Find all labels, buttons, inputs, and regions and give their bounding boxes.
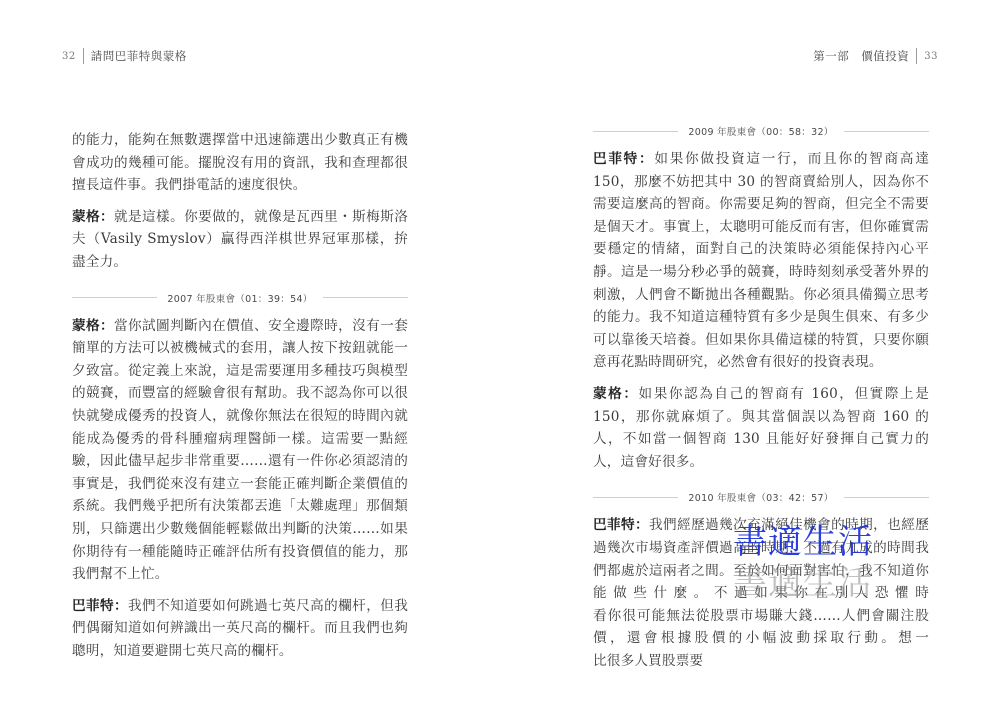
speaker-name: 蒙格： — [593, 386, 639, 402]
rule-line — [844, 497, 929, 498]
rule-line — [593, 131, 678, 132]
speaker-name: 蒙格： — [72, 318, 114, 334]
paragraph-text: 我們經歷過幾次充滿絕佳機會的時期，也經歷過幾次市場資產評價過高的時期，不過有九成… — [593, 517, 1000, 669]
left-page: 32 請問巴菲特與蒙格 的能力，能夠在無數選擇當中迅速篩選出少數真正有機會成功的… — [0, 0, 500, 701]
paragraph-text: 當你試圖判斷內在價值、安全邊際時，沒有一套簡單的方法可以被機械式的套用，讓人按下… — [72, 318, 408, 583]
paragraph: 蒙格：如果你認為自己的智商有 160，但實際上是 150，那你就麻煩了。與其當個… — [593, 383, 929, 473]
paragraph-text: 的能力，能夠在無數選擇當中迅速篩選出少數真正有機會成功的幾種可能。擺脫沒有用的資… — [72, 132, 408, 193]
running-head-right: 第一部 價值投資 33 — [813, 47, 938, 65]
part-title: 價值投資 — [861, 48, 909, 64]
speaker-name: 巴菲特： — [72, 598, 128, 614]
paragraph: 巴菲特：我們經歷過幾次充滿絕佳機會的時期，也經歷過幾次市場資產評價過高的時期，不… — [593, 514, 929, 672]
page-number: 33 — [924, 51, 938, 62]
running-head-left: 32 請問巴菲特與蒙格 — [62, 47, 187, 65]
section-divider: 2009 年股東會（00：58：32） — [593, 124, 929, 138]
paragraph: 蒙格：當你試圖判斷內在價值、安全邊際時，沒有一套簡單的方法可以被機械式的套用，讓… — [72, 315, 408, 586]
book-title: 請問巴菲特與蒙格 — [91, 48, 187, 64]
section-divider: 2010 年股東會（03：42：57） — [593, 490, 929, 504]
rule-line — [844, 131, 929, 132]
speaker-name: 巴菲特： — [593, 517, 649, 533]
paragraph: 巴菲特：如果你做投資這一行，而且你的智商高達 150，那麼不妨把其中 30 的智… — [593, 148, 929, 374]
text-column: 的能力，能夠在無數選擇當中迅速篩選出少數真正有機會成功的幾種可能。擺脫沒有用的資… — [72, 129, 408, 671]
header-divider — [83, 48, 84, 64]
paragraph-text: 如果你做投資這一行，而且你的智商高達 150，那麼不妨把其中 30 的智商賣給別… — [593, 151, 929, 370]
paragraph: 蒙格：就是這樣。你要做的，就像是瓦西里・斯梅斯洛夫（Vasily Smyslov… — [72, 206, 408, 274]
speaker-name: 蒙格： — [72, 209, 114, 225]
rule-line — [72, 297, 157, 298]
text-column: 2009 年股東會（00：58：32）巴菲特：如果你做投資這一行，而且你的智商高… — [593, 124, 929, 681]
rule-line — [323, 297, 408, 298]
paragraph: 的能力，能夠在無數選擇當中迅速篩選出少數真正有機會成功的幾種可能。擺脫沒有用的資… — [72, 129, 408, 197]
section-divider: 2007 年股東會（01：39：54） — [72, 291, 408, 305]
paragraph-text: 如果你認為自己的智商有 160，但實際上是 150，那你就麻煩了。與其當個誤以為… — [593, 386, 929, 470]
rule-line — [593, 497, 678, 498]
paragraph-text: 就是這樣。你要做的，就像是瓦西里・斯梅斯洛夫（Vasily Smyslov）贏得… — [72, 209, 408, 270]
section-timestamp: 2007 年股東會（01：39：54） — [157, 291, 322, 305]
page-number: 32 — [62, 51, 76, 62]
section-timestamp: 2010 年股東會（03：42：57） — [678, 490, 843, 504]
paragraph: 巴菲特：我們不知道要如何跳過七英尺高的欄杆，但我們偶爾知道如何辨識出一英尺高的欄… — [72, 595, 408, 663]
right-page: 第一部 價值投資 33 2009 年股東會（00：58：32）巴菲特：如果你做投… — [500, 0, 1000, 701]
part-label: 第一部 — [813, 48, 849, 64]
speaker-name: 巴菲特： — [593, 151, 654, 167]
section-timestamp: 2009 年股東會（00：58：32） — [678, 124, 843, 138]
header-divider — [916, 48, 917, 64]
